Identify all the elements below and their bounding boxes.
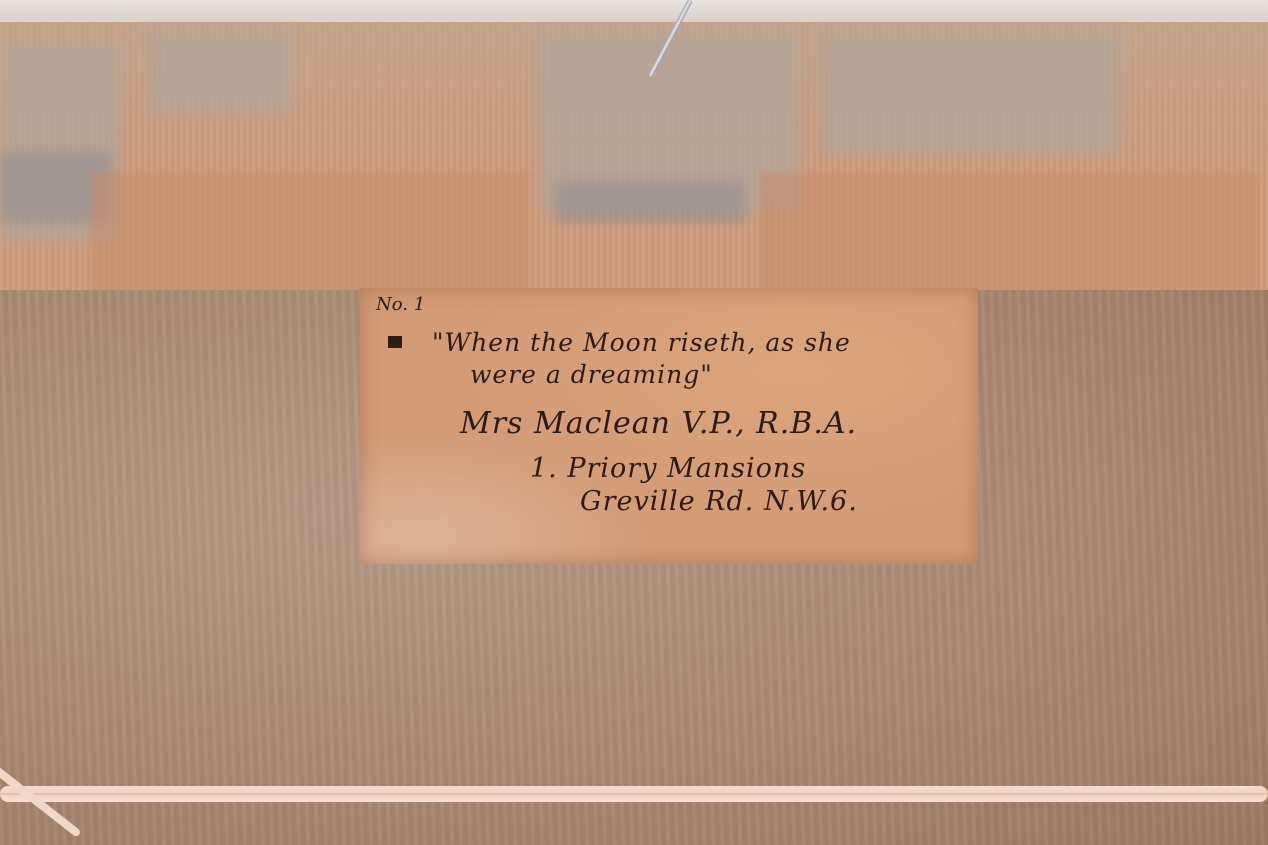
label-address-line1: 1. Priory Mansions xyxy=(530,453,806,484)
tan-patch xyxy=(90,172,530,292)
handwritten-label: No. 1 "When the Moon riseth, as she were… xyxy=(360,288,978,564)
bullet-mark-icon xyxy=(388,336,402,348)
label-title-line2: were a dreaming" xyxy=(470,360,713,389)
water-stain xyxy=(555,182,745,222)
label-address-line2: Greville Rd. N.W.6. xyxy=(580,486,858,517)
tan-patch xyxy=(760,172,1260,292)
label-title-line1: "When the Moon riseth, as she xyxy=(432,328,851,357)
label-artist: Mrs Maclean V.P., R.B.A. xyxy=(460,406,857,441)
plywood-backing-top xyxy=(0,22,1268,290)
frame-edge xyxy=(0,0,1268,24)
label-number: No. 1 xyxy=(376,294,425,315)
hanging-cord xyxy=(0,786,1268,802)
water-stain xyxy=(820,32,1120,152)
water-stain xyxy=(150,32,290,112)
